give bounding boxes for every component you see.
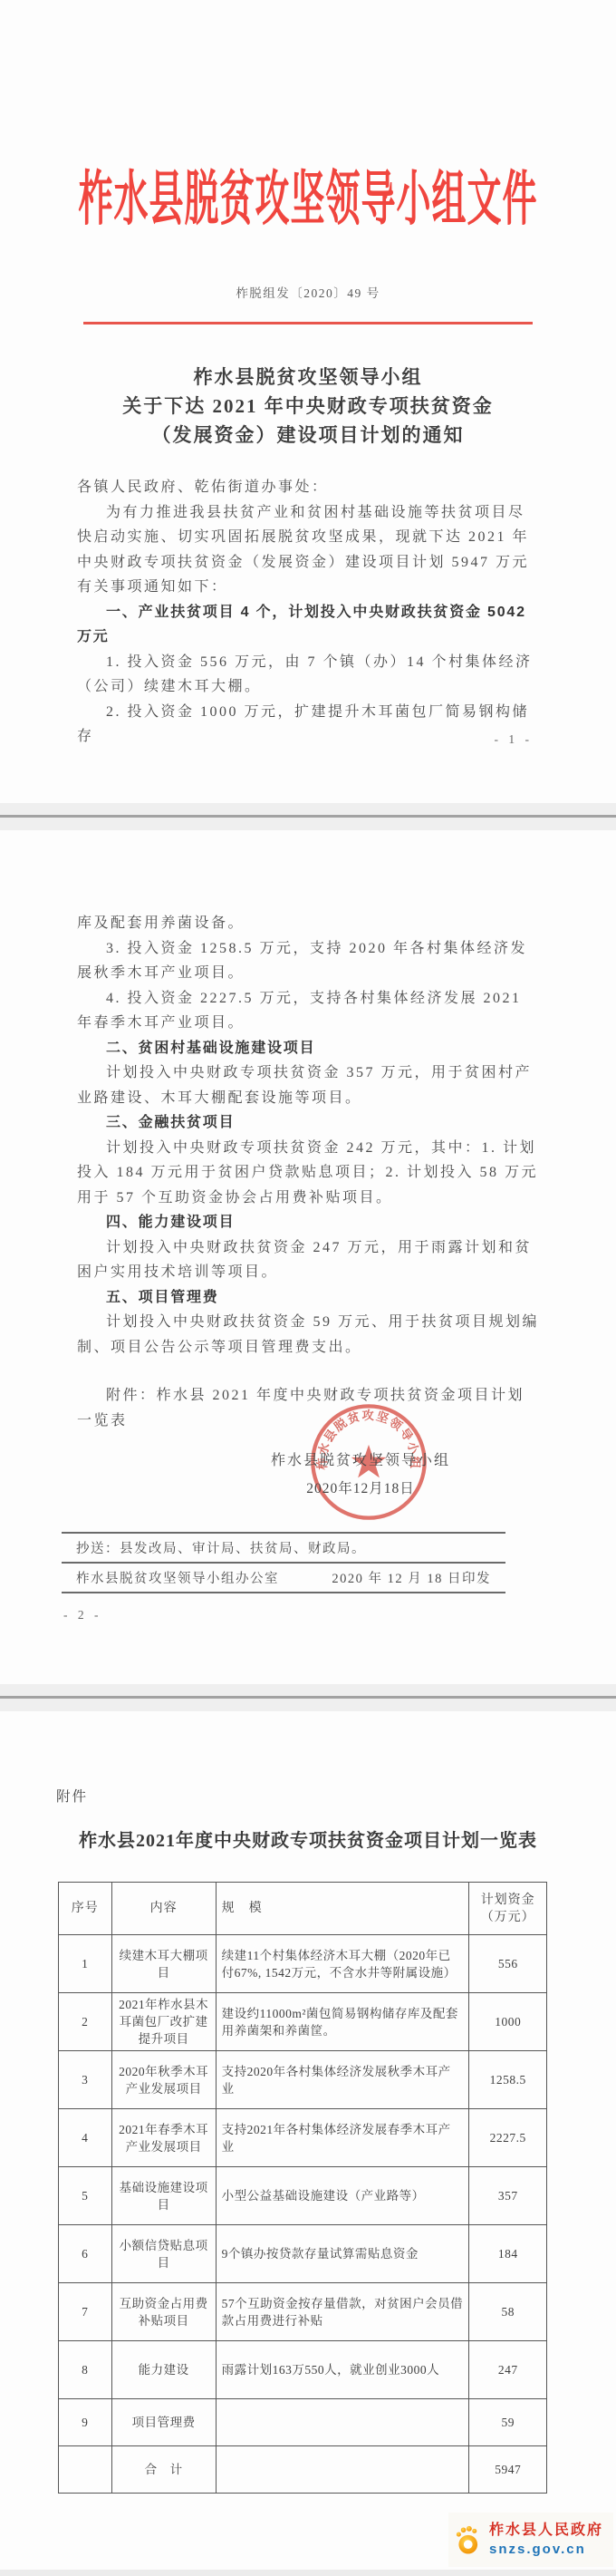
page-1: 柞水县脱贫攻坚领导小组文件 柞脱组发〔2020〕49 号 柞水县脱贫攻坚领导小组… <box>0 0 616 803</box>
print-date: 2020 年 12 月 18 日印发 <box>332 1568 491 1587</box>
cell-seq: 8 <box>59 2341 112 2399</box>
table-row: 5基础设施建设项目小型公益基础设施建设（产业路等）357 <box>59 2167 547 2225</box>
cell-seq: 9 <box>59 2399 112 2446</box>
cell-fund: 1258.5 <box>469 2051 547 2109</box>
red-divider-line <box>83 322 533 324</box>
header-fund: 计划资金（万元） <box>469 1883 547 1935</box>
page-separator <box>0 803 616 830</box>
table-row: 42021年春季木耳产业发展项目支持2021年各村集体经济发展春季木耳产业222… <box>59 2109 547 2167</box>
page1-body-text: 各镇人民政府、乾佑街道办事处：为有力推进我县扶贫产业和贫困村基础设施等扶贫项目尽… <box>77 475 541 750</box>
cell-seq: 1 <box>59 1935 112 1993</box>
cell-content: 小额信贷贴息项目 <box>111 2225 216 2283</box>
table-row: 合 计5947 <box>59 2446 547 2494</box>
signature-block: 柞水县脱贫攻坚领导小组 2020年12月18日 <box>252 1448 469 1497</box>
paragraph: 计划投入中央财政专项扶贫资金 242 万元，其中：1. 计划投入 184 万元用… <box>77 1136 541 1211</box>
paragraph: 为有力推进我县扶贫产业和贫困村基础设施等扶贫项目尽快启动实施、切实巩固拓展脱贫攻… <box>77 500 541 600</box>
cell-content: 基础设施建设项目 <box>111 2167 216 2225</box>
cell-scale <box>216 2446 469 2494</box>
table-row: 6小额信贷贴息项目9个镇办按贷款存量试算需贴息资金184 <box>59 2225 547 2283</box>
cell-scale: 小型公益基础设施建设（产业路等） <box>216 2167 469 2225</box>
gov-site-badge: 柞水县人民政府 snzs.gov.cn <box>448 2513 613 2567</box>
cell-seq: 5 <box>59 2167 112 2225</box>
foot-logo-icon <box>452 2520 483 2560</box>
document-scan: 柞水县脱贫攻坚领导小组文件 柞脱组发〔2020〕49 号 柞水县脱贫攻坚领导小组… <box>0 0 616 2576</box>
paragraph: 库及配套用养菌设备。 <box>77 911 541 936</box>
cell-fund: 357 <box>469 2167 547 2225</box>
table-row: 1续建木耳大棚项目续建11个村集体经济木耳大棚（2020年已付67%, 1542… <box>59 1935 547 1993</box>
page-number-2: - 2 - <box>63 1608 102 1622</box>
cell-content: 项目管理费 <box>111 2399 216 2446</box>
document-footer-box: 抄送：县发改局、审计局、扶贫局、财政局。 柞水县脱贫攻坚领导小组办公室 2020… <box>62 1532 505 1593</box>
cell-fund: 59 <box>469 2399 547 2446</box>
paragraph: 三、金融扶贫项目 <box>77 1110 541 1136</box>
cell-content: 合 计 <box>111 2446 216 2494</box>
cell-seq: 4 <box>59 2109 112 2167</box>
table-row: 9项目管理费59 <box>59 2399 547 2446</box>
gov-site-name: 柞水县人民政府 <box>489 2521 603 2541</box>
header-scale: 规 模 <box>216 1883 469 1935</box>
cell-scale: 续建11个村集体经济木耳大棚（2020年已付67%, 1542万元，不含水井等附… <box>216 1935 469 1993</box>
cell-scale: 支持2020年各村集体经济发展秋季木耳产业 <box>216 2051 469 2109</box>
paragraph: 各镇人民政府、乾佑街道办事处： <box>77 475 541 500</box>
cell-fund: 556 <box>469 1935 547 1993</box>
cc-row: 抄送：县发改局、审计局、扶贫局、财政局。 <box>62 1534 505 1564</box>
paragraph: 计划投入中央财政扶贫资金 247 万元，用于雨露计划和贫困户实用技术培训等项目。 <box>77 1235 541 1285</box>
attachment-label: 附件 <box>56 1786 88 1806</box>
cell-content: 续建木耳大棚项目 <box>111 1935 216 1993</box>
cell-content: 2020年秋季木耳产业发展项目 <box>111 2051 216 2109</box>
header-content: 内容 <box>111 1883 216 1935</box>
cell-scale: 9个镇办按贷款存量试算需贴息资金 <box>216 2225 469 2283</box>
cell-seq: 7 <box>59 2283 112 2341</box>
issuer-row: 柞水县脱贫攻坚领导小组办公室 2020 年 12 月 18 日印发 <box>62 1564 505 1593</box>
signature-date: 2020年12月18日 <box>252 1477 469 1497</box>
document-title: 柞水县脱贫攻坚领导小组 关于下达 2021 年中央财政专项扶贫资金 （发展资金）… <box>36 363 580 450</box>
cell-fund: 2227.5 <box>469 2109 547 2167</box>
cell-fund: 1000 <box>469 1993 547 2051</box>
page-2: 库及配套用养菌设备。3. 投入资金 1258.5 万元，支持 2020 年各村集… <box>0 830 616 1684</box>
cell-content: 能力建设 <box>111 2341 216 2399</box>
cell-content: 2021年春季木耳产业发展项目 <box>111 2109 216 2167</box>
cell-scale: 支持2021年各村集体经济发展春季木耳产业 <box>216 2109 469 2167</box>
cell-content: 2021年柞水县木耳菌包厂改扩建提升项目 <box>111 1993 216 2051</box>
table-row: 7互助资金占用费补贴项目57个互助资金按存量借款，对贫困户会员借款占用费进行补贴… <box>59 2283 547 2341</box>
bottom-edge-strip <box>0 2570 616 2576</box>
document-title-line3: （发展资金）建设项目计划的通知 <box>36 421 580 450</box>
paragraph: 二、贫困村基础设施建设项目 <box>77 1036 541 1061</box>
document-title-line2: 关于下达 2021 年中央财政专项扶贫资金 <box>36 392 580 421</box>
table-header-row: 序号 内容 规 模 计划资金（万元） <box>59 1883 547 1935</box>
page2-body-text: 库及配套用养菌设备。3. 投入资金 1258.5 万元，支持 2020 年各村集… <box>77 911 541 1433</box>
separator-line <box>0 815 616 818</box>
cc-text: 抄送：县发改局、审计局、扶贫局、财政局。 <box>76 1538 366 1557</box>
paragraph: 3. 投入资金 1258.5 万元，支持 2020 年各村集体经济发展秋季木耳产… <box>77 936 541 986</box>
header-seq: 序号 <box>59 1883 112 1935</box>
cell-scale: 雨露计划163万550人，就业创业3000人 <box>216 2341 469 2399</box>
paragraph: 2. 投入资金 1000 万元，扩建提升木耳菌包厂简易钢构储存 <box>77 700 541 750</box>
table-row: 8能力建设雨露计划163万550人，就业创业3000人247 <box>59 2341 547 2399</box>
red-letterhead-title: 柞水县脱贫攻坚领导小组文件 <box>0 150 616 237</box>
paragraph: 1. 投入资金 556 万元，由 7 个镇（办）14 个村集体经济（公司）续建木… <box>77 650 541 700</box>
cell-fund: 247 <box>469 2341 547 2399</box>
document-number: 柞脱组发〔2020〕49 号 <box>0 283 616 301</box>
gov-site-url[interactable]: snzs.gov.cn <box>489 2541 603 2559</box>
page-number-1: - 1 - <box>495 732 534 747</box>
paragraph: 计划投入中央财政专项扶贫资金 357 万元，用于贫困村产业路建设、木耳大棚配套设… <box>77 1060 541 1110</box>
table-row: 22021年柞水县木耳菌包厂改扩建提升项目建设约11000m²菌包简易钢构储存库… <box>59 1993 547 2051</box>
cell-seq: 2 <box>59 1993 112 2051</box>
separator-line <box>0 1696 616 1699</box>
paragraph: 计划投入中央财政扶贫资金 59 万元、用于扶贫项目规划编制、项目公告公示等项目管… <box>77 1310 541 1360</box>
cell-seq <box>59 2446 112 2494</box>
cell-content: 互助资金占用费补贴项目 <box>111 2283 216 2341</box>
attachment-table-title: 柞水县2021年度中央财政专项扶贫资金项目计划一览表 <box>18 1825 598 1852</box>
cell-seq: 3 <box>59 2051 112 2109</box>
cell-fund: 184 <box>469 2225 547 2283</box>
badge-text: 柞水县人民政府 snzs.gov.cn <box>489 2521 603 2559</box>
cell-seq: 6 <box>59 2225 112 2283</box>
fund-plan-table: 序号 内容 规 模 计划资金（万元） 1续建木耳大棚项目续建11个村集体经济木耳… <box>58 1882 547 2494</box>
paragraph: 四、能力建设项目 <box>77 1210 541 1235</box>
cell-scale: 57个互助资金按存量借款，对贫困户会员借款占用费进行补贴 <box>216 2283 469 2341</box>
issuer-office: 柞水县脱贫攻坚领导小组办公室 <box>76 1568 279 1587</box>
paragraph: 4. 投入资金 2227.5 万元，支持各村集体经济发展 2021 年春季木耳产… <box>77 986 541 1036</box>
cell-fund: 5947 <box>469 2446 547 2494</box>
page-3-attachment: 附件 柞水县2021年度中央财政专项扶贫资金项目计划一览表 序号 内容 规 模 … <box>0 1711 616 2570</box>
page-separator <box>0 1684 616 1711</box>
signature-org: 柞水县脱贫攻坚领导小组 <box>252 1448 469 1469</box>
table-row: 32020年秋季木耳产业发展项目支持2020年各村集体经济发展秋季木耳产业125… <box>59 2051 547 2109</box>
cell-scale: 建设约11000m²菌包简易钢构储存库及配套用养菌架和养菌筐。 <box>216 1993 469 2051</box>
paragraph: 五、项目管理费 <box>77 1285 541 1311</box>
document-title-line1: 柞水县脱贫攻坚领导小组 <box>36 363 580 392</box>
cell-fund: 58 <box>469 2283 547 2341</box>
paragraph: 一、产业扶贫项目 4 个，计划投入中央财政扶贫资金 5042 万元 <box>77 600 541 650</box>
cell-scale <box>216 2399 469 2446</box>
